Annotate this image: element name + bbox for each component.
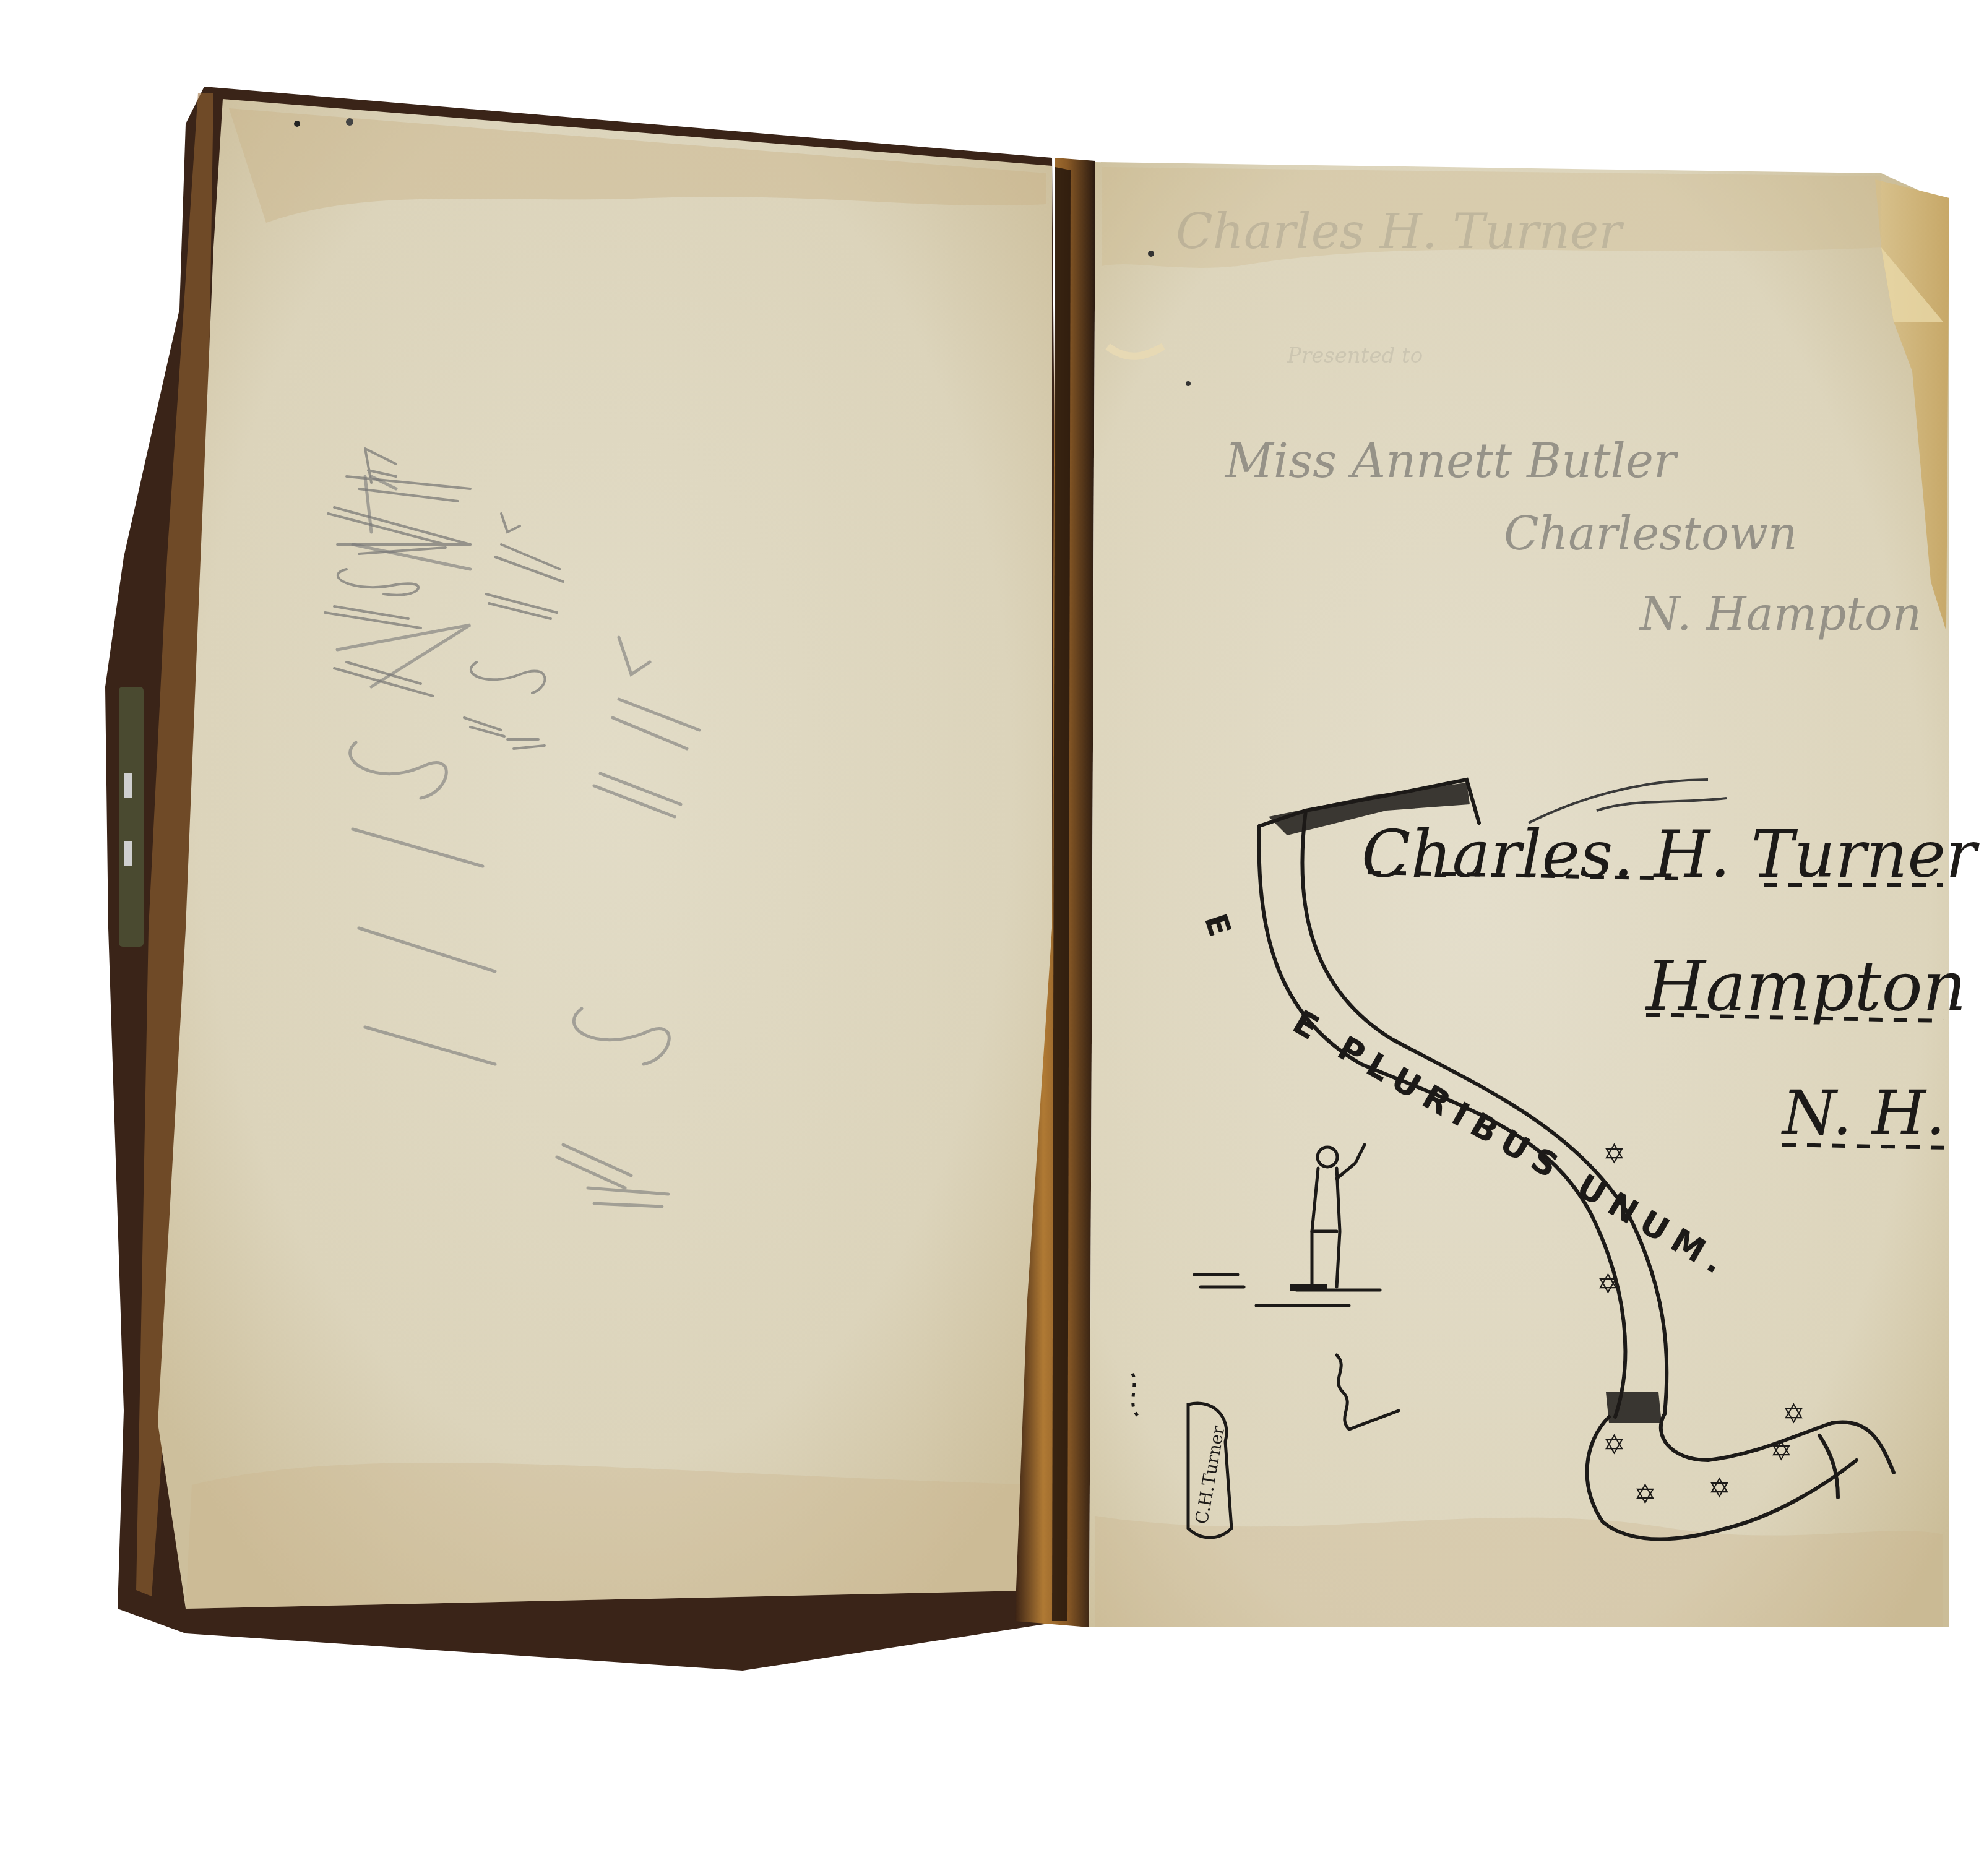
- svg-text:✡: ✡: [1708, 1473, 1731, 1504]
- left-page: [158, 99, 1052, 1609]
- book-illustration: ✡ ✡ ✡ ✡ ✡ ✡ ✡: [0, 0, 1984, 1876]
- clasp: [119, 687, 144, 947]
- book-photo: ✡ ✡ ✡ ✡ ✡ ✡ ✡ Charles H. Turner Presente…: [0, 0, 1984, 1876]
- svg-text:✡: ✡: [1770, 1435, 1793, 1467]
- ribbon-knot: [1606, 1392, 1662, 1423]
- svg-text:✡: ✡: [1597, 1268, 1620, 1300]
- figure-feet: [1290, 1284, 1327, 1291]
- svg-text:✡: ✡: [1603, 1429, 1626, 1461]
- right-page: [1089, 162, 1949, 1627]
- svg-text:✡: ✡: [1634, 1479, 1657, 1510]
- svg-text:✡: ✡: [1603, 1138, 1626, 1170]
- svg-text:✡: ✡: [1782, 1398, 1805, 1430]
